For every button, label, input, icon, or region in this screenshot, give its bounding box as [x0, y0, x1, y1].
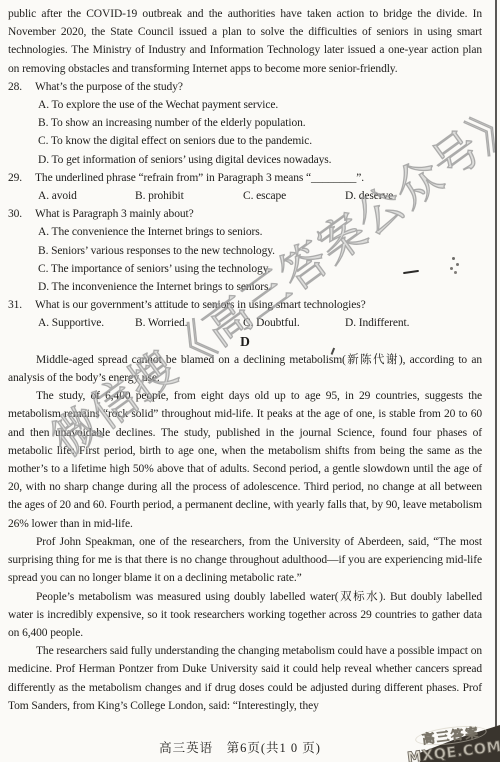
option-d: D. The inconvenience the Internet brings… [38, 278, 482, 296]
scan-artifact-dots [452, 257, 455, 260]
question-number: 30. [8, 205, 35, 223]
options-list: A. To explore the use of the Wechat paym… [8, 96, 482, 169]
question-29: 29.The underlined phrase “refrain from” … [8, 169, 482, 205]
option-a: A. avoid [38, 187, 135, 205]
question-stem-text: What’s the purpose of the study? [35, 81, 183, 93]
options-row: A. avoid B. prohibit C. escape D. deserv… [8, 187, 482, 205]
question-stem: 30.What is Paragraph 3 mainly about? [8, 205, 482, 223]
question-stem-text: What is our government’s attitude to sen… [35, 299, 366, 311]
passage-paragraph-5: The researchers said fully understanding… [8, 642, 482, 715]
options-list: A. The convenience the Internet brings t… [8, 223, 482, 296]
passage-paragraph-4: People’s metabolism was measured using d… [8, 588, 482, 643]
option-a: A. To explore the use of the Wechat paym… [38, 96, 482, 114]
option-c: C. escape [243, 187, 345, 205]
question-30: 30.What is Paragraph 3 mainly about? A. … [8, 205, 482, 296]
passage-section-heading: D [8, 333, 482, 351]
option-c: C. Doubtful. [243, 314, 345, 332]
question-31: 31.What is our government’s attitude to … [8, 296, 482, 332]
passage-paragraph-2: The study, of 6,400 people, from eight d… [8, 387, 482, 533]
question-stem: 29.The underlined phrase “refrain from” … [8, 169, 482, 187]
page-footer: 高三英语 第6页(共1 0 页) [0, 739, 480, 757]
text-column: public after the COVID-19 outbreak and t… [8, 5, 482, 715]
passage-paragraph-3: Prof John Speakman, one of the researche… [8, 533, 482, 588]
option-b: B. To show an increasing number of the e… [38, 114, 482, 132]
option-d: D. To get information of seniors’ using … [38, 151, 482, 169]
question-28: 28.What’s the purpose of the study? A. T… [8, 78, 482, 169]
option-c: C. The importance of seniors’ using the … [38, 260, 482, 278]
option-d: D. Indifferent. [345, 314, 482, 332]
option-b: B. prohibit [135, 187, 243, 205]
option-a: A. Supportive. [38, 314, 135, 332]
intro-paragraph: public after the COVID-19 outbreak and t… [8, 5, 482, 78]
options-row: A. Supportive. B. Worried. C. Doubtful. … [8, 314, 482, 332]
option-b: B. Seniors’ various responses to the new… [38, 242, 482, 260]
question-number: 31. [8, 296, 35, 314]
question-number: 28. [8, 78, 35, 96]
scan-border-right [495, 0, 497, 735]
question-stem: 31.What is our government’s attitude to … [8, 296, 482, 314]
scanned-exam-page: public after the COVID-19 outbreak and t… [0, 0, 500, 762]
option-d: D. deserve [345, 187, 482, 205]
option-a: A. The convenience the Internet brings t… [38, 223, 482, 241]
passage-paragraph-1: Middle-aged spread cannot be blamed on a… [8, 351, 482, 387]
question-number: 29. [8, 169, 35, 187]
option-c: C. To know the digital effect on seniors… [38, 132, 482, 150]
option-b: B. Worried. [135, 314, 243, 332]
question-stem: 28.What’s the purpose of the study? [8, 78, 482, 96]
question-stem-text: What is Paragraph 3 mainly about? [35, 208, 194, 220]
question-stem-text: The underlined phrase “refrain from” in … [35, 172, 364, 184]
